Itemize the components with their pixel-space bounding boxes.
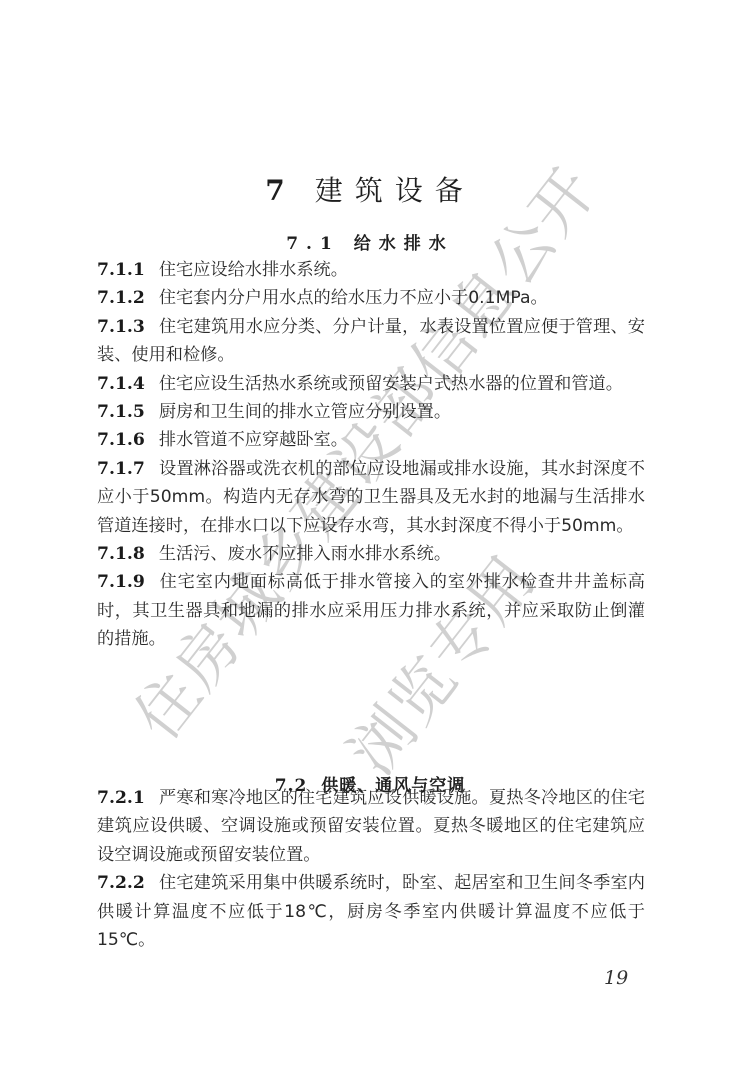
clause-text: 住宅建筑用水应分类、分户计量，水表设置位置应便于管理、安装、使用和检修。 (97, 317, 645, 365)
chapter-title: 7建筑设备 (0, 169, 740, 209)
chapter-number: 7 (265, 174, 296, 207)
clause-number: 7.2.2 (97, 873, 145, 893)
page-number: 19 (604, 967, 628, 989)
clause-number: 7.1.4 (97, 374, 145, 394)
chapter-name: 建筑设备 (315, 174, 475, 207)
section-number: 7.1 (286, 234, 340, 254)
clause-number: 7.1.9 (97, 572, 145, 592)
clause-text: 严寒和寒冷地区的住宅建筑应设供暖设施。夏热冬冷地区的住宅建筑应设供暖、空调设施或… (97, 788, 645, 865)
clause-7-1-3: 7.1.3住宅建筑用水应分类、分户计量，水表设置位置应便于管理、安装、使用和检修… (97, 313, 645, 370)
clause-7-1-7: 7.1.7设置淋浴器或洗衣机的部位应设地漏或排水设施，其水封深度不应小于50mm… (97, 455, 645, 540)
clause-text: 设置淋浴器或洗衣机的部位应设地漏或排水设施，其水封深度不应小于50mm。构造内无… (97, 459, 645, 536)
clause-number: 7.1.2 (97, 288, 145, 308)
clause-7-1-1: 7.1.1住宅应设给水排水系统。 (97, 256, 645, 284)
document-page: 住房城乡建设部信息公开 浏览专用 7建筑设备 7.1给水排水 7.1.1住宅应设… (0, 0, 740, 1072)
clause-text: 生活污、废水不应排入雨水排水系统。 (159, 544, 451, 564)
clause-7-1-9: 7.1.9住宅室内地面标高低于排水管接入的室外排水检查井井盖标高时，其卫生器具和… (97, 568, 645, 653)
clause-number: 7.1.6 (97, 430, 145, 450)
clause-7-1-5: 7.1.5厨房和卫生间的排水立管应分别设置。 (97, 398, 645, 426)
clause-text: 厨房和卫生间的排水立管应分别设置。 (159, 402, 451, 422)
clause-7-1-2: 7.1.2住宅套内分户用水点的给水压力不应小于0.1MPa。 (97, 284, 645, 312)
clause-number: 7.1.1 (97, 260, 145, 280)
clause-text: 住宅应设给水排水系统。 (159, 260, 348, 280)
clause-text: 住宅室内地面标高低于排水管接入的室外排水检查井井盖标高时，其卫生器具和地漏的排水… (97, 572, 645, 649)
clause-number: 7.1.7 (97, 459, 145, 479)
section-body-7-2: 7.2.1严寒和寒冷地区的住宅建筑应设供暖设施。夏热冬冷地区的住宅建筑应设供暖、… (97, 784, 645, 954)
clause-number: 7.1.5 (97, 402, 145, 422)
clause-number: 7.1.3 (97, 317, 145, 337)
clause-number: 7.2.1 (97, 788, 145, 808)
clause-text: 住宅应设生活热水系统或预留安装户式热水器的位置和管道。 (159, 374, 623, 394)
clause-text: 住宅套内分户用水点的给水压力不应小于0.1MPa。 (159, 288, 548, 308)
clause-7-2-2: 7.2.2住宅建筑采用集中供暖系统时，卧室、起居室和卫生间冬季室内供暖计算温度不… (97, 869, 645, 954)
clause-7-1-6: 7.1.6排水管道不应穿越卧室。 (97, 426, 645, 454)
section-name: 给水排水 (354, 234, 454, 254)
clause-number: 7.1.8 (97, 544, 145, 564)
clause-text: 排水管道不应穿越卧室。 (159, 430, 348, 450)
clause-7-2-1: 7.2.1严寒和寒冷地区的住宅建筑应设供暖设施。夏热冬冷地区的住宅建筑应设供暖、… (97, 784, 645, 869)
clause-7-1-4: 7.1.4住宅应设生活热水系统或预留安装户式热水器的位置和管道。 (97, 370, 645, 398)
clause-text: 住宅建筑采用集中供暖系统时，卧室、起居室和卫生间冬季室内供暖计算温度不应低于18… (97, 873, 645, 950)
section-body-7-1: 7.1.1住宅应设给水排水系统。 7.1.2住宅套内分户用水点的给水压力不应小于… (97, 256, 645, 654)
clause-7-1-8: 7.1.8生活污、废水不应排入雨水排水系统。 (97, 540, 645, 568)
section-title-7-1: 7.1给水排水 (0, 229, 740, 254)
